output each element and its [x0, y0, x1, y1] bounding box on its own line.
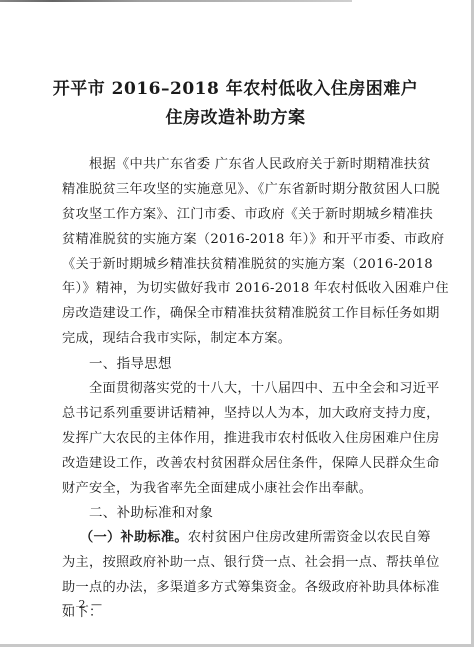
paragraph-line: 如下：: [62, 601, 420, 626]
section-heading: 一、指导思想: [62, 352, 420, 377]
paragraph-line: 总书记系列重要讲话精神，坚持以人为本，加大政府支持力度，: [62, 402, 420, 427]
paragraph-line: （一）补助标准。农村贫困户住房改建所需资金以农民自筹: [62, 526, 420, 551]
paragraph-line: 根据《中共广东省委 广东省人民政府关于新时期精准扶贫: [62, 153, 420, 178]
scan-artifact: [0, 0, 352, 2]
paragraph-line: 全面贯彻落实党的十八大，十八届四中、五中全会和习近平: [62, 377, 420, 402]
paragraph-line: 财产安全，为我省率先全面建成小康社会作出奉献。: [62, 477, 420, 502]
section-heading: 二、补助标准和对象: [62, 501, 420, 526]
document-title-line1: 开平市 2016–2018 年农村低收入住房困难户: [0, 74, 471, 99]
paragraph-line: 《关于新时期城乡精准扶贫精准脱贫的实施方案（2016-2018: [62, 253, 420, 278]
paragraph-line: 精准脱贫三年攻坚的实施意见》、《广东省新时期分散贫困人口脱: [62, 178, 420, 203]
paragraph-text: 农村贫困户住房改建所需资金以农民自筹: [188, 530, 431, 545]
paragraph-line: 完成，现结合我市实际，制定本方案。: [62, 327, 420, 352]
document-title-line2: 住房改造补助方案: [0, 103, 471, 128]
paragraph-line: 改造建设工作，改善农村贫困群众居住条件，保障人民群众生命: [62, 452, 420, 477]
paragraph-line: 为主，按照政府补助一点、银行贷一点、社会捐一点、帮扶单位: [62, 551, 420, 576]
document-body: 根据《中共广东省委 广东省人民政府关于新时期精准扶贫 精准脱贫三年攻坚的实施意见…: [62, 153, 420, 626]
paragraph-line: 贫精准脱贫的实施方案（2016-2018 年）》和开平市委、市政府: [62, 228, 420, 253]
page-number: — 2 —: [62, 598, 103, 611]
subsection-label: （一）补助标准。: [80, 530, 188, 545]
paragraph-line: 贫攻坚工作方案》、江门市委、市政府《关于新时期城乡精准扶: [62, 203, 420, 228]
paragraph-line: 助一点的办法，多渠道多方式筹集资金。各级政府补助具体标准: [62, 576, 420, 601]
paragraph-line: 房改造建设工作，确保全市精准扶贫精准脱贫工作目标任务如期: [62, 302, 420, 327]
document-page: 开平市 2016–2018 年农村低收入住房困难户 住房改造补助方案 根据《中共…: [0, 0, 471, 644]
paragraph-line: 年）》精神，为切实做好我市 2016-2018 年农村低收入困难户住: [62, 277, 420, 302]
paragraph-line: 发挥广大农民的主体作用，推进我市农村低收入住房困难户住房: [62, 427, 420, 452]
